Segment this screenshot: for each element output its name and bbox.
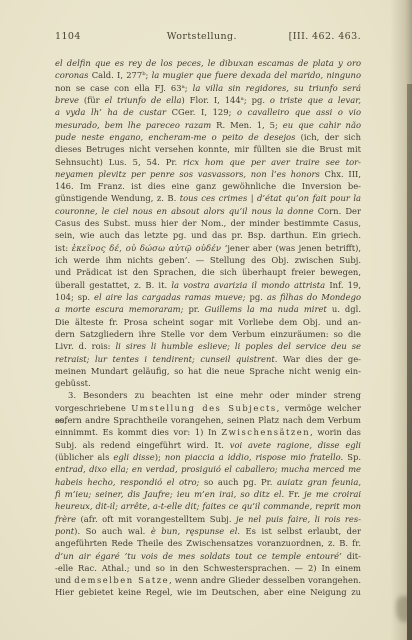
text-segment: heureux, dit-il; arrête, a-t-elle dit; f…	[55, 501, 361, 511]
text-segment: überall gestattet, z. B. it.	[55, 280, 171, 290]
text-line: und demselben Satze, wenn andre Glieder …	[55, 574, 361, 586]
text-segment: 104; sp.	[55, 292, 94, 302]
text-segment: Zwischensätzen	[221, 427, 310, 437]
text-segment: Chx. III,	[320, 169, 361, 179]
text-segment: 146. Im Franz. ist dies eine ganz gewöhn…	[55, 181, 361, 191]
text-line: Subj. als redend eingeführt wird. It. vo…	[55, 439, 361, 451]
text-segment: as filhas do Mondego	[267, 292, 361, 302]
text-segment: (üblicher als	[55, 452, 113, 462]
text-segment: a vyda lh’ ha de custar	[55, 107, 166, 117]
text-segment: sein, wie auch das letzte pg. und das pr…	[55, 230, 361, 240]
text-segment: je nel puis faire, li rois res-	[236, 514, 361, 524]
body-text: el delfin que es rey de los peces, le di…	[55, 57, 361, 599]
text-line: habeis hecho, respondió el otro; so auch…	[55, 476, 361, 488]
text-segment: vorgeschriebene	[55, 403, 131, 413]
text-segment: è bun, ręspunse el.	[151, 526, 240, 536]
greek-text: ἐκεῖνος δέ, οὐ δώσω αὐτῷ οὐδέν	[72, 243, 222, 253]
text-segment: (ich, der sich	[295, 132, 361, 142]
text-segment: so auch pg. Pr.	[199, 477, 277, 487]
text-segment: ). So auch wal.	[74, 526, 151, 536]
text-segment: Guillems la ma nuda miret	[205, 304, 327, 314]
text-segment: dieses Betruges nicht versehen konnte, m…	[55, 144, 361, 154]
text-segment: Livr. d. rois:	[55, 341, 115, 351]
text-segment: je me croirai	[304, 489, 361, 499]
text-line: günstigende Wendung, z. B. tous ces crim…	[55, 192, 361, 204]
text-segment: fi m’ieu; seiner, dis Jaufre; ieu m’en i…	[55, 489, 284, 499]
text-line: entrad, dixo ella; en verdad, prosiguió …	[55, 463, 361, 475]
text-segment: auiatz gran feunia,	[277, 477, 361, 487]
text-line: sofern andre Sprachtheile vorangehen, se…	[55, 414, 361, 426]
text-segment: neyamen plevitz per penre sos vasvassors…	[55, 169, 320, 179]
text-segment: ist:	[55, 243, 72, 253]
text-segment: la vostra avarizia il mondo attrista	[171, 280, 325, 290]
text-segment: o triste que a levar,	[270, 95, 361, 105]
text-segment: angeführten Rede Theile des Zwischensatz…	[55, 538, 361, 548]
text-line: frère (afr. oft mit vorangestelltem Subj…	[55, 513, 361, 525]
text-line: d’un air égaré ‘tu vois de mes soldats t…	[55, 550, 361, 562]
text-line: (üblicher als egli disse); non piaccia a…	[55, 451, 361, 463]
page-number: 1104	[55, 31, 115, 42]
text-line: und Prädicat ist den Sprachen, die sich …	[55, 266, 361, 278]
text-segment: frère	[55, 514, 76, 524]
text-segment: egli disse	[113, 452, 154, 462]
text-line: mesurado, bem lhe pareceo razam R. Men. …	[55, 119, 361, 131]
text-line: 146. Im Franz. ist dies eine ganz gewöhn…	[55, 180, 361, 192]
text-line: heureux, dit-il; arrête, a-t-elle dit; f…	[55, 500, 361, 512]
text-line: Hier gebietet keine Regel, wie im Deutsc…	[55, 586, 361, 598]
text-line: Die älteste fr. Prosa scheint sogar mit …	[55, 316, 361, 328]
text-segment: Inf. 19,	[325, 280, 361, 290]
text-segment: Umstellung des Subjects	[131, 403, 276, 413]
text-segment: dern Satzgliedern ihre Stelle vor dem Ve…	[55, 329, 361, 339]
text-segment: Es ist selbst erlaubt, der	[240, 526, 361, 536]
text-segment: ‘jener aber (was jenen betrifft),	[221, 243, 361, 253]
text-segment: War dies der ge-	[277, 354, 361, 364]
text-segment: d’un air égaré ‘tu vois de mes soldats t…	[55, 551, 342, 561]
text-segment: einnimmt. Es kommt dies vor: 1) In	[55, 427, 221, 437]
text-line: breve (für el triunfo de ella) Flor. I, …	[55, 94, 361, 106]
page-edge-smudge	[396, 596, 410, 622]
page-edge-shadow	[390, 0, 412, 640]
text-segment: pr.	[183, 304, 204, 314]
text-segment: Hier gebietet keine Regel, wie im Deutsc…	[55, 587, 361, 597]
text-line: 104; sp. el aire las cargadas ramas muev…	[55, 291, 361, 303]
text-segment: CGer. I, 129;	[166, 107, 237, 117]
text-segment: meinen Mundart geläufig, so hat die neue…	[55, 366, 361, 376]
text-line: dern Satzgliedern ihre Stelle vor dem Ve…	[55, 328, 361, 340]
text-segment: el delfin que es rey de los peces, le di…	[55, 58, 361, 68]
text-segment: günstigende Wendung, z. B.	[55, 193, 180, 203]
text-line: couronne, le ciel nous en absout alors q…	[55, 205, 361, 217]
page-header: 1104 Wortstellung. [III. 462. 463.	[55, 31, 361, 42]
text-line: pude neste engano, encheram-me o peito d…	[55, 131, 361, 143]
text-line: el delfin que es rey de los peces, le di…	[55, 57, 361, 69]
text-segment: couronne, le ciel nous en absout alors q…	[55, 206, 314, 216]
text-line: retraist; lur tentes i tendirent; cunsei…	[55, 353, 361, 365]
text-line: pont). So auch wal. è bun, ręspunse el. …	[55, 525, 361, 537]
text-segment: R. Men. 1, 5;	[211, 120, 283, 130]
text-line: Livr. d. rois: li sires li humble esliev…	[55, 340, 361, 352]
running-title: Wortstellung.	[115, 31, 289, 42]
text-segment: (afr. oft mit vorangestelltem Subj.	[76, 514, 236, 524]
text-segment: Subj. als redend eingeführt wird. It.	[55, 440, 230, 450]
text-segment: la villa sin regidores, su triunfo será	[193, 83, 361, 93]
text-line: gebüsst.	[55, 377, 361, 389]
text-segment: ricx hom que per aver traire see tor-	[183, 157, 361, 167]
text-line: ich werde ihm nichts geben’. — Stellung …	[55, 254, 361, 266]
text-line: fi m’ieu; seiner, dis Jaufre; ieu m’en i…	[55, 488, 361, 500]
text-segment: Fr.	[284, 489, 304, 499]
text-segment: entrad, dixo ella; en verdad, prosiguió …	[55, 464, 361, 474]
text-line: Sehnsucht) Lus. 5, 54. Pr. ricx hom que …	[55, 156, 361, 168]
text-line: non se case con ella FJ. 63ᵃ; la villa s…	[55, 82, 361, 94]
text-segment: (für	[79, 95, 105, 105]
text-line: a vyda lh’ ha de custar CGer. I, 129; o …	[55, 106, 361, 118]
text-segment: non se case con ella FJ. 63ᵃ;	[55, 83, 193, 93]
text-segment: ich werde ihm nichts geben’. — Stellung …	[55, 255, 361, 265]
text-segment: voi avete ragione, disse egli	[230, 440, 361, 450]
text-line: neyamen plevitz per penre sos vasvassors…	[55, 168, 361, 180]
text-line: 3. Besonders zu beachten ist eine mehr o…	[55, 389, 361, 401]
text-line: angeführten Rede Theile des Zwischensatz…	[55, 537, 361, 549]
text-segment: li sires li humble eslieve; li poples de…	[115, 341, 361, 351]
text-line: ist: ἐκεῖνος δέ, οὐ δώσω αὐτῷ οὐδέν ‘jen…	[55, 242, 361, 254]
text-segment: , wenn andre Glieder desselben vorangehe…	[169, 575, 361, 585]
text-segment: non piaccia a iddio, rispose mio fratell…	[165, 452, 343, 462]
text-segment: und	[55, 575, 74, 585]
text-line: coronas Cald. I, 277ᵇ; la mugier que fue…	[55, 69, 361, 81]
text-segment: tous ces crimes | d’état qu’on fait pour…	[180, 193, 361, 203]
text-segment: a morte escura memoraram;	[55, 304, 183, 314]
text-segment: o cavalleiro que assi o vio	[237, 107, 361, 117]
text-line: vorgeschriebene Umstellung des Subjects,…	[55, 402, 361, 414]
text-segment: sofern andre Sprachtheile vorangehen, se…	[55, 415, 361, 425]
text-segment: habeis hecho, respondió el otro;	[55, 477, 199, 487]
text-line: überall gestattet, z. B. it. la vostra a…	[55, 279, 361, 291]
text-segment: Cald. I, 277ᵇ;	[88, 70, 151, 80]
text-segment: coronas	[55, 70, 88, 80]
text-segment: la mugier que fuere dexada del marido, n…	[152, 70, 361, 80]
text-segment: demselben Satze	[74, 575, 169, 585]
text-segment: eu que cahir não	[283, 120, 361, 130]
text-segment: Sp.	[343, 452, 361, 462]
text-segment: el triunfo de ella	[105, 95, 182, 105]
page-edge-dark-strip	[407, 84, 412, 640]
text-segment: -elle Rac. Athal.; und so in den Schwest…	[55, 563, 361, 573]
text-segment: u. dgl.	[327, 304, 361, 314]
text-segment: gebüsst.	[55, 378, 91, 388]
text-segment: und Prädicat ist den Sprachen, die sich …	[55, 267, 361, 277]
text-line: meinen Mundart geläufig, so hat die neue…	[55, 365, 361, 377]
text-segment: retraist; lur tentes i tendirent; cunsei…	[55, 354, 277, 364]
text-segment: Casus des Subst. muss hier der Nom., der…	[55, 218, 361, 228]
text-segment: );	[155, 452, 165, 462]
text-segment: pg.	[246, 292, 267, 302]
book-page: 1104 Wortstellung. [III. 462. 463. el de…	[0, 0, 412, 640]
text-segment: Sehnsucht) Lus. 5, 54. Pr.	[55, 157, 183, 167]
text-segment: 3. Besonders zu beachten ist eine mehr o…	[68, 390, 361, 400]
text-segment: mesurado, bem lhe pareceo razam	[55, 120, 211, 130]
section-reference: [III. 462. 463.	[289, 31, 361, 42]
text-segment: el aire las cargadas ramas mueve;	[94, 292, 246, 302]
text-segment: ) Flor. I, 144ᵃ; pg.	[182, 95, 270, 105]
text-segment: Die älteste fr. Prosa scheint sogar mit …	[55, 317, 361, 327]
text-segment: pude neste engano, encheram-me o peito d…	[55, 132, 295, 142]
text-segment: pont	[55, 526, 74, 536]
text-line: a morte escura memoraram; pr. Guillems l…	[55, 303, 361, 315]
text-segment: , worin das	[310, 427, 361, 437]
text-line: Casus des Subst. muss hier der Nom., der…	[55, 217, 361, 229]
text-line: dieses Betruges nicht versehen konnte, m…	[55, 143, 361, 155]
text-segment: breve	[55, 95, 79, 105]
text-line: sein, wie auch das letzte pg. und das pr…	[55, 229, 361, 241]
text-segment: Corn. Der	[314, 206, 361, 216]
text-line: einnimmt. Es kommt dies vor: 1) In Zwisc…	[55, 426, 361, 438]
text-line: -elle Rac. Athal.; und so in den Schwest…	[55, 562, 361, 574]
text-segment: dit-	[342, 551, 361, 561]
